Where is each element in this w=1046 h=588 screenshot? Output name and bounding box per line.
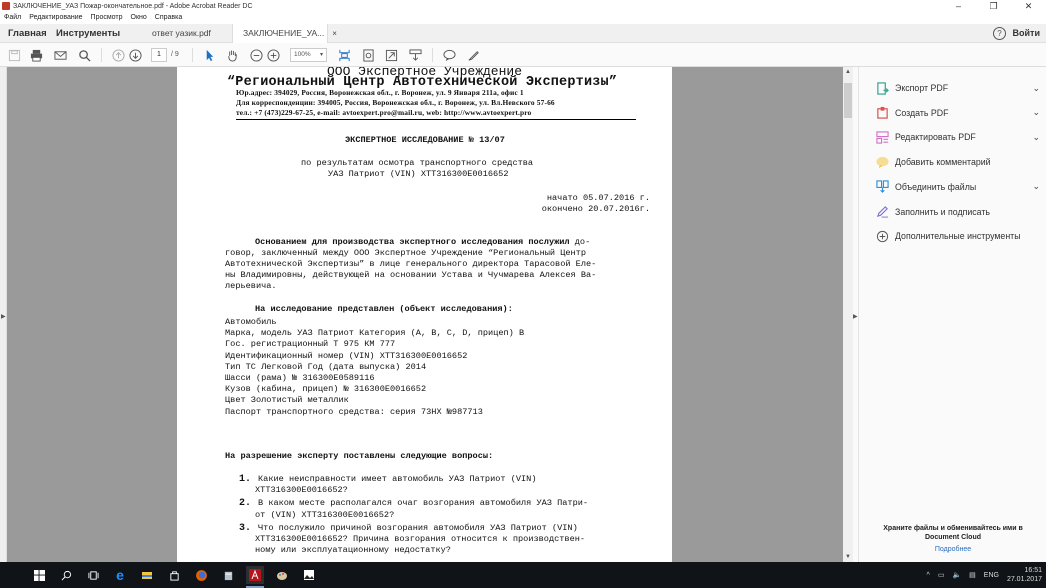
tool-more-tools[interactable]: Дополнительные инструменты — [875, 227, 1040, 245]
tab-label: ответ уазик.pdf — [152, 28, 211, 38]
title-bar: ЗАКЛЮЧЕНИЕ_УАЗ Пожар-окончательное.pdf -… — [0, 0, 1046, 12]
menu-file[interactable]: Файл — [0, 12, 25, 24]
basis-line-5: лерьевича. — [225, 281, 277, 292]
document-cloud-promo: Храните файлы и обменивайтесь ими в Docu… — [859, 524, 1046, 553]
task-view-icon[interactable] — [84, 566, 102, 584]
tool-fill-sign[interactable]: Заполнить и подписать — [875, 203, 1040, 221]
next-page-icon[interactable] — [128, 48, 142, 62]
help-icon[interactable]: ? — [993, 27, 1006, 40]
tool-export-pdf[interactable]: Экспорт PDF⌄ — [875, 79, 1040, 97]
acrobat-taskbar-icon[interactable] — [246, 566, 264, 584]
basis-line-4: ны Владимировны, действующей на основани… — [225, 270, 596, 281]
create-pdf-icon — [875, 106, 889, 120]
fill-sign-icon — [875, 205, 889, 219]
question-line: Что послужило причиной возгорания автомо… — [258, 523, 578, 534]
object-line: Шасси (рама) № 316300E0589116 — [225, 373, 375, 384]
comment-icon — [875, 155, 889, 169]
tool-label: Объединить файлы — [895, 182, 976, 192]
question-number: 2. — [239, 498, 251, 509]
notifications-icon[interactable]: ▤ — [969, 571, 976, 579]
tool-label: Создать PDF — [895, 108, 948, 118]
pdf-page: ООО Экспертное Учреждение “Региональный … — [177, 67, 672, 562]
object-line: Тип ТС Легковой Год (дата выпуска) 2014 — [225, 362, 426, 373]
tab-tools[interactable]: Инструменты — [56, 24, 120, 43]
chevron-down-icon: ▾ — [320, 49, 323, 61]
question-line: XTT316300E0016652? — [255, 485, 348, 496]
language-indicator[interactable]: ENG — [984, 572, 999, 579]
object-line: Автомобиль — [225, 317, 277, 328]
tab-home[interactable]: Главная — [8, 24, 47, 43]
scroll-up-icon[interactable]: ▲ — [845, 69, 851, 75]
volume-icon[interactable]: 🔈 — [952, 571, 961, 579]
app-icon[interactable] — [219, 566, 237, 584]
basis-line-2: говор, заключенный между ООО Экспертное … — [225, 248, 586, 259]
tool-label: Экспорт PDF — [895, 83, 948, 93]
doc-title: ЭКСПЕРТНОЕ ИССЛЕДОВАНИЕ № 13/07 — [345, 135, 505, 146]
comment-icon[interactable] — [442, 48, 456, 62]
object-line: Марка, модель УАЗ Патриот Категория (A, … — [225, 328, 524, 339]
zoom-in-icon[interactable] — [266, 48, 280, 62]
email-icon[interactable] — [53, 48, 67, 62]
object-line: Гос. регистрационный Т 975 КМ 777 — [225, 339, 395, 350]
question-line: Какие неисправности имеет автомобиль УАЗ… — [258, 474, 536, 485]
scroll-down-icon[interactable]: ▼ — [845, 554, 851, 560]
network-icon[interactable]: ▭ — [938, 571, 945, 579]
chevron-down-icon[interactable]: ⌄ — [1032, 181, 1040, 192]
chevron-down-icon[interactable]: ⌄ — [1032, 132, 1040, 143]
left-panel-toggle[interactable]: ▶ — [0, 67, 7, 562]
sign-in-button[interactable]: Войти — [1013, 24, 1040, 43]
page-number-input[interactable]: 1 — [151, 48, 167, 62]
basis-line-1: Основанием для производства экспертного … — [255, 237, 590, 248]
more-tools-icon — [875, 229, 889, 243]
windows-taskbar: e ^ ▭ 🔈 ▤ ENG 16:51 27.01.2017 — [0, 562, 1046, 588]
object-line: Кузов (кабина, прицеп) № 316300E0016652 — [225, 384, 426, 395]
menu-window[interactable]: Окно — [127, 12, 151, 24]
question-line: от (VIN) XTT316300E0016652? — [255, 510, 394, 521]
previous-page-icon[interactable] — [111, 48, 125, 62]
clock-date: 27.01.2017 — [1007, 575, 1042, 584]
search-icon[interactable] — [77, 48, 91, 62]
toolbar: 1 / 9 100%▾ — [0, 43, 1046, 67]
hand-tool-icon[interactable] — [225, 48, 239, 62]
object-line: Цвет Золотистый металлик — [225, 395, 349, 406]
start-windows-icon[interactable] — [30, 566, 48, 584]
date-started: начато 05.07.2016 г. — [547, 193, 650, 204]
print-icon[interactable] — [29, 48, 43, 62]
legal-address: Юр.адрес: 394029, Россия, Воронежская об… — [236, 88, 524, 97]
tool-comment[interactable]: Добавить комментарий — [875, 153, 1040, 171]
read-mode-icon[interactable] — [408, 48, 422, 62]
tab-label: ЗАКЛЮЧЕНИЕ_УА... — [243, 28, 324, 38]
chevron-down-icon[interactable]: ⌄ — [1032, 83, 1040, 94]
firefox-icon[interactable] — [192, 566, 210, 584]
question-line: ному или эксплуатационному недостатку? — [255, 545, 451, 556]
window-title: ЗАКЛЮЧЕНИЕ_УАЗ Пожар-окончательное.pdf -… — [13, 3, 253, 10]
tools-panel: Экспорт PDF⌄Создать PDF⌄Редактировать PD… — [858, 67, 1046, 562]
export-pdf-icon — [875, 81, 889, 95]
system-tray: ^ ▭ 🔈 ▤ ENG 16:51 27.01.2017 — [927, 562, 1046, 588]
search-icon[interactable] — [57, 566, 75, 584]
page-canvas: ООО Экспертное Учреждение “Региональный … — [7, 67, 843, 562]
scrollbar-thumb[interactable] — [844, 83, 852, 118]
object-line: Паспорт транспортного средства: серия 73… — [225, 407, 483, 418]
clock[interactable]: 16:51 27.01.2017 — [1007, 566, 1042, 584]
document-area: ▶ ООО Экспертное Учреждение “Региональны… — [0, 67, 858, 562]
expand-left-icon[interactable]: ▶ — [1, 313, 6, 320]
contacts: тел.: +7 (473)229-67-25, e-mail: avtoexp… — [236, 108, 531, 117]
tab-document-otvet[interactable]: ответ уазик.pdf — [142, 24, 221, 43]
basis-line-3: Автотехнической Экспертизы” в лице генер… — [225, 259, 596, 270]
menu-help[interactable]: Справка — [151, 12, 186, 24]
tool-label: Редактировать PDF — [895, 132, 976, 142]
menu-edit[interactable]: Редактирование — [25, 12, 86, 24]
question-line: XTT316300E0016652? Причина возгорания от… — [255, 534, 585, 545]
question-line: В каком месте располагался очаг возгоран… — [258, 498, 588, 509]
close-tab-icon[interactable]: × — [332, 29, 337, 38]
rotate-view-icon[interactable] — [361, 48, 375, 62]
doc-subtitle-1: по результатам осмотра транспортного сре… — [301, 158, 533, 169]
tool-label: Добавить комментарий — [895, 157, 991, 167]
highlight-pen-icon[interactable] — [466, 48, 480, 62]
close-button[interactable]: ✕ — [1011, 0, 1046, 12]
cloud-text-2: Document Cloud — [859, 533, 1046, 542]
file-explorer-icon[interactable] — [138, 566, 156, 584]
tab-bar: Главная Инструменты ответ уазик.pdf ЗАКЛ… — [0, 24, 1046, 43]
photos-icon[interactable] — [300, 566, 318, 584]
acrobat-app-icon — [2, 2, 10, 10]
questions-heading: На разрешение эксперту поставлены следую… — [225, 451, 493, 462]
tool-label: Дополнительные инструменты — [895, 231, 1021, 241]
combine-files-icon — [875, 180, 889, 194]
save-icon[interactable] — [7, 48, 21, 62]
collapse-right-icon[interactable]: ▶ — [853, 313, 858, 320]
edit-pdf-icon — [875, 130, 889, 144]
edge-browser-icon[interactable]: e — [111, 566, 129, 584]
correspondence-address: Для корреспонденции: 394005, Россия, Вор… — [236, 98, 555, 107]
object-heading: На исследование представлен (объект иссл… — [255, 304, 513, 315]
object-line: Идентификационный номер (VIN) XTT316300E… — [225, 351, 467, 362]
store-icon[interactable] — [165, 566, 183, 584]
tool-edit-pdf[interactable]: Редактировать PDF⌄ — [875, 128, 1040, 146]
question-number: 3. — [239, 523, 251, 534]
question-number: 1. — [239, 474, 251, 485]
vertical-scrollbar[interactable]: ▲ ▼ — [843, 67, 853, 562]
fit-width-icon[interactable] — [337, 48, 351, 62]
tool-combine-files[interactable]: Объединить файлы⌄ — [875, 178, 1040, 196]
date-finished: окончено 20.07.2016г. — [542, 204, 650, 215]
chevron-down-icon[interactable]: ⌄ — [1032, 107, 1040, 118]
select-tool-icon[interactable] — [202, 48, 216, 62]
header-divider — [236, 119, 636, 120]
minimize-button[interactable]: – — [941, 0, 976, 12]
maximize-button[interactable]: ❐ — [976, 0, 1011, 12]
zoom-out-icon[interactable] — [249, 48, 263, 62]
page-total: / 9 — [171, 48, 179, 62]
tab-document-active[interactable]: ЗАКЛЮЧЕНИЕ_УА...× — [232, 24, 328, 43]
full-screen-icon[interactable] — [384, 48, 398, 62]
doc-subtitle-2: УАЗ Патриот (VIN) XTT316300E0016652 — [328, 169, 509, 180]
paint-icon[interactable] — [273, 566, 291, 584]
tool-label: Заполнить и подписать — [895, 207, 990, 217]
menu-view[interactable]: Просмотр — [87, 12, 127, 24]
tool-create-pdf[interactable]: Создать PDF⌄ — [875, 104, 1040, 122]
learn-more-link[interactable]: Подробнее — [859, 546, 1046, 553]
zoom-level-select[interactable]: 100%▾ — [290, 48, 327, 62]
cloud-text-1: Храните файлы и обменивайтесь ими в — [859, 524, 1046, 533]
menu-bar: Файл Редактирование Просмотр Окно Справк… — [0, 12, 186, 24]
show-hidden-icons[interactable]: ^ — [927, 572, 930, 579]
clock-time: 16:51 — [1007, 566, 1042, 575]
